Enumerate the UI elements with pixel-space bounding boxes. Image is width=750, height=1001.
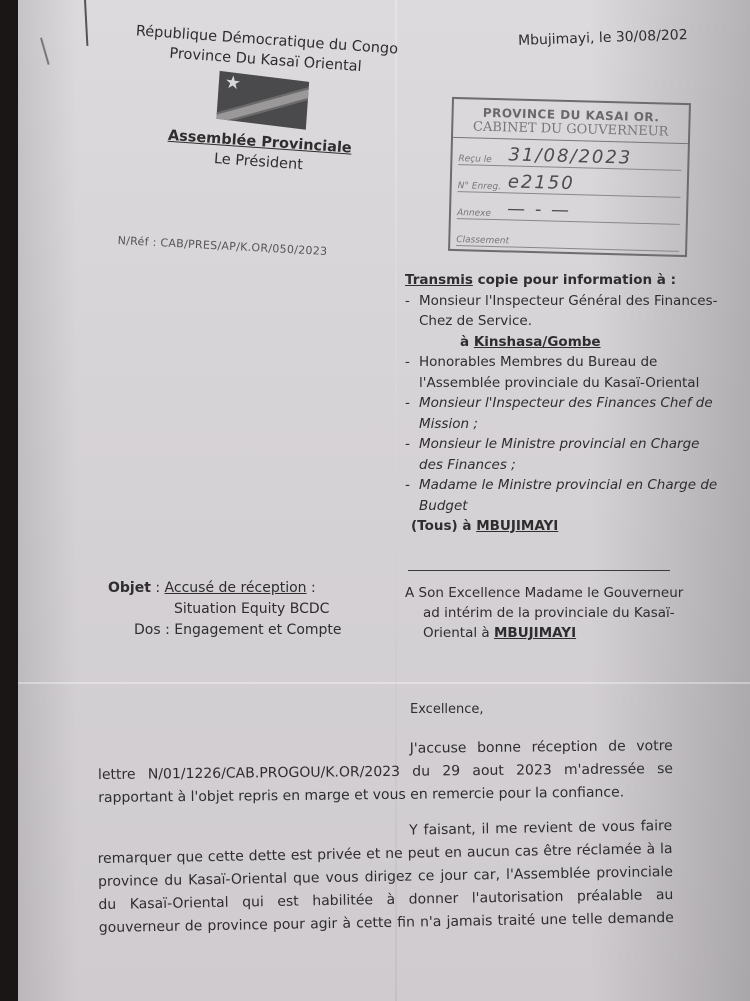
subject-suffix: : [307, 580, 316, 596]
copy-heading-rest: copie pour information à : [473, 272, 676, 288]
copy-heading: Transmis copie pour information à : [405, 270, 725, 291]
stamp-field-value: e2150 [508, 171, 575, 194]
stamp-field: Classement [456, 225, 679, 252]
body-paragraph: Y faisant, il me revient de vous faire r… [97, 815, 674, 940]
stamp-field-label: Reçu le [458, 154, 508, 165]
subject-title: Accusé de réception [165, 580, 307, 596]
copy-recipients: Transmis copie pour information à : Mons… [405, 270, 725, 537]
salutation: Excellence, [410, 702, 484, 717]
stamp-field-label: Annexe [457, 208, 507, 219]
addressee-line: Oriental à MBUJIMAYI [405, 623, 725, 643]
subject-detail: Situation Equity BCDC [108, 599, 408, 620]
location-name: MBUJIMAYI [476, 518, 558, 534]
stamp-field-value: — - — [507, 198, 571, 221]
location-prefix: à [460, 334, 474, 350]
recipient-item: Monsieur l'Inspecteur Général des Financ… [405, 291, 725, 332]
stamp-field-label: N° Enreg. [458, 181, 508, 192]
recipient-location: (Tous) à MBUJIMAYI [405, 516, 725, 537]
divider [408, 570, 670, 571]
addressee-line: ad intérim de la provinciale du Kasaï- [405, 603, 725, 623]
subject-line: Objet : Accusé de réception : [108, 578, 408, 599]
stamp-field: Reçu le 31/08/2023 [458, 144, 681, 171]
recipient-item: Madame le Ministre provincial en Charge … [405, 475, 725, 516]
body-paragraph: J'accuse bonne réception de votre lettre… [98, 735, 674, 810]
recipient-item: Monsieur le Ministre provincial en Charg… [405, 434, 725, 475]
recipient-item: Honorables Membres du Bureau de l'Assemb… [405, 352, 725, 393]
recipient-item: Monsieur l'Inspecteur des Finances Chef … [405, 393, 725, 434]
copy-heading-underlined: Transmis [405, 272, 473, 288]
location-prefix: (Tous) à [411, 518, 476, 534]
stamp-field-label: Classement [456, 235, 506, 246]
stamp-field: N° Enreg. e2150 [458, 171, 681, 198]
stamp-field-value: 31/08/2023 [508, 144, 632, 168]
addressee-prefix: Oriental à [423, 625, 494, 641]
star-icon: ★ [224, 74, 241, 94]
subject-file: Dos : Engagement et Compte [108, 620, 408, 641]
stamp-field: Annexe — - — [457, 198, 680, 225]
subject-label: Objet [108, 580, 151, 596]
subject-block: Objet : Accusé de réception : Situation … [108, 578, 408, 641]
addressee-city: MBUJIMAYI [494, 625, 576, 641]
letterhead: République Démocratique du Congo Provinc… [108, 20, 417, 183]
subject-separator: : [151, 580, 165, 596]
recipient-location: à Kinshasa/Gombe [405, 332, 725, 353]
addressee-block: A Son Excellence Madame le Gouverneur ad… [405, 583, 725, 643]
reception-stamp: PROVINCE DU KASAI OR. CABINET DU GOUVERN… [448, 97, 691, 257]
paper-fold-horizontal [18, 682, 750, 684]
addressee-line: A Son Excellence Madame le Gouverneur [405, 583, 725, 603]
drc-flag-icon: ★ [216, 71, 309, 130]
location-name: Kinshasa/Gombe [474, 334, 601, 350]
